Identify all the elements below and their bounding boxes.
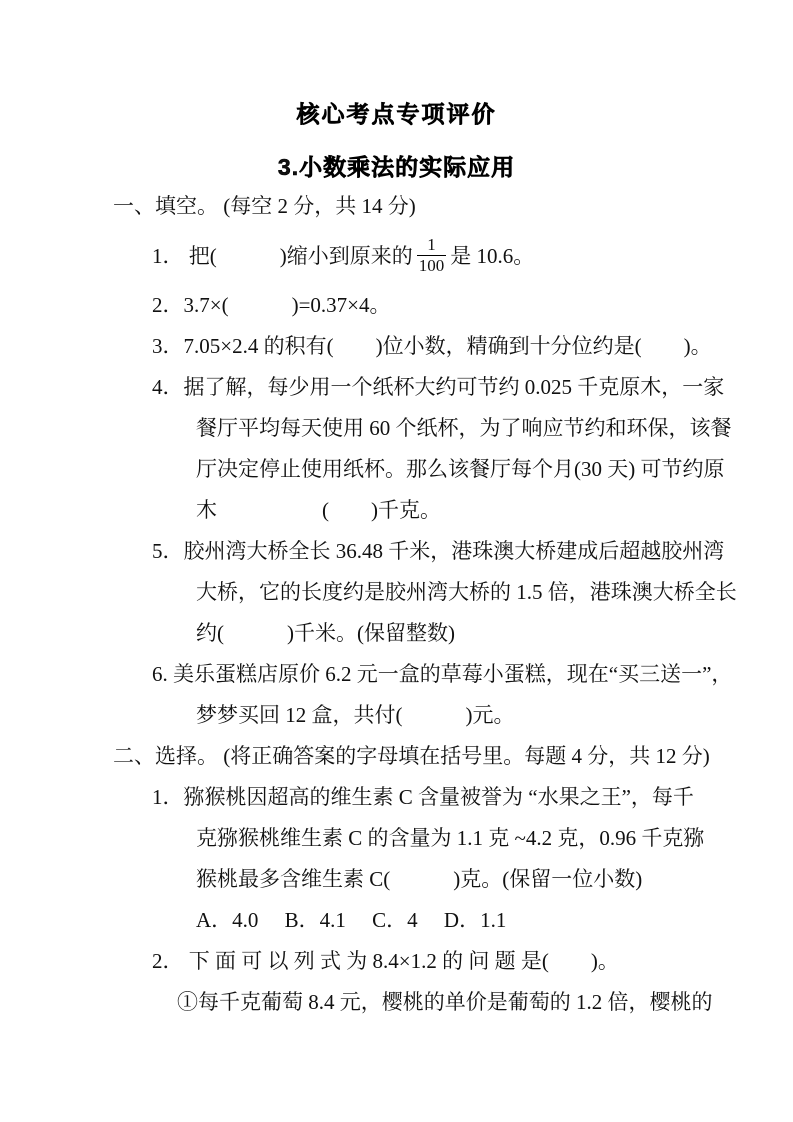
page-title: 核心考点专项评价	[0, 0, 793, 129]
choice-q2-option-1: ①每千克葡萄 8.4 元，樱桃的单价是葡萄的 1.2 倍，樱桃的	[113, 982, 753, 1023]
page-subtitle: 3.小数乘法的实际应用	[0, 149, 793, 182]
header: 核心考点专项评价 3.小数乘法的实际应用	[0, 0, 793, 182]
fill-q1-text-post: 是 10.6。	[450, 244, 534, 268]
fill-q6-line-1: 6. 美乐蛋糕店原价 6.2 元一盒的草莓小蛋糕，现在“买三送一”，	[113, 654, 753, 695]
fraction-numerator: 1	[417, 235, 447, 255]
fill-q4-line-2: 餐厅平均每天使用 60 个纸杯，为了响应节约和环保，该餐	[113, 408, 753, 449]
fill-q6-line-2: 梦梦买回 12 盒，共付( )元。	[113, 695, 753, 736]
fill-q5-line-1: 5．胶州湾大桥全长 36.48 千米，港珠澳大桥建成后超越胶州湾	[113, 531, 753, 572]
fill-q5-line-2: 大桥，它的长度约是胶州湾大桥的 1.5 倍，港珠澳大桥全长	[113, 572, 753, 613]
choice-q1-options: A．4.0 B．4.1 C．4 D．1.1	[113, 900, 753, 941]
section-1-heading: 一、填空。 (每空 2 分，共 14 分)	[113, 186, 753, 227]
fill-q4-line-3: 厅决定停止使用纸杯。那么该餐厅每个月(30 天) 可节约原	[113, 449, 753, 490]
fill-q2-line: 2．3.7×( )=0.37×4。	[113, 285, 753, 326]
fill-q4-line-4: 木 ( )千克。	[113, 490, 753, 531]
choice-q2-line: 2． 下 面 可 以 列 式 为 8.4×1.2 的 问 题 是( )。	[113, 941, 753, 982]
worksheet-body: 一、填空。 (每空 2 分，共 14 分) 1． 把( )缩小到原来的1100是…	[113, 186, 753, 1023]
fill-q1-text-pre: 把( )缩小到原来的	[184, 244, 413, 268]
fill-q1-line: 1． 把( )缩小到原来的1100是 10.6。	[113, 227, 753, 285]
fraction-denominator: 100	[417, 255, 447, 276]
fill-q5-line-3: 约( )千米。(保留整数)	[113, 613, 753, 654]
choice-q1-line-2: 克猕猴桃维生素 C 的含量为 1.1 克 ~4.2 克，0.96 千克猕	[113, 818, 753, 859]
fraction-1-100: 1100	[417, 235, 447, 275]
choice-q1-line-3: 猴桃最多含维生素 C( )克。(保留一位小数)	[113, 859, 753, 900]
fill-q3-line: 3．7.05×2.4 的积有( )位小数，精确到十分位约是( )。	[113, 326, 753, 367]
section-2-heading: 二、选择。 (将正确答案的字母填在括号里。每题 4 分，共 12 分)	[113, 736, 753, 777]
fill-q4-line-1: 4．据了解，每少用一个纸杯大约可节约 0.025 千克原木，一家	[113, 367, 753, 408]
choice-q1-line-1: 1．猕猴桃因超高的维生素 C 含量被誉为 “水果之王”，每千	[113, 777, 753, 818]
fill-q1-number: 1．	[152, 244, 184, 268]
worksheet-page: 核心考点专项评价 3.小数乘法的实际应用 一、填空。 (每空 2 分，共 14 …	[0, 0, 793, 1122]
